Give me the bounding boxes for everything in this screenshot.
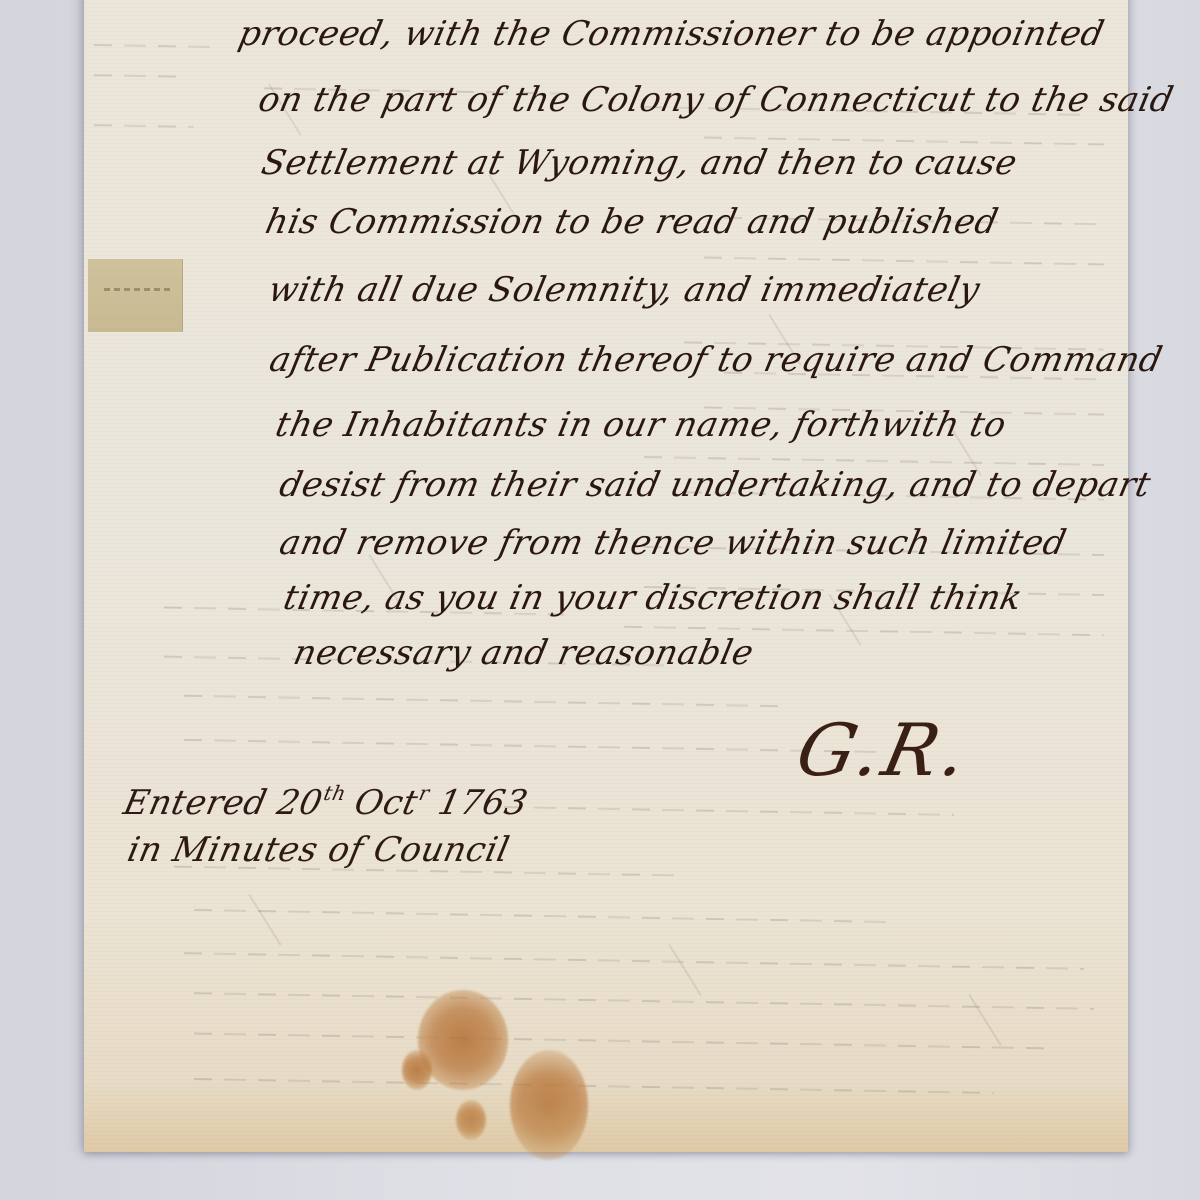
entry-note-line-2: in Minutes of Council	[124, 830, 513, 870]
body-line-8: desist from their said undertaking, and …	[276, 465, 1154, 505]
water-stain	[456, 1100, 486, 1140]
royal-signature: G.R.	[790, 710, 978, 790]
entry-note-year: 1763	[423, 783, 531, 823]
body-line-9: and remove from thence within such limit…	[276, 523, 1070, 563]
water-stain	[510, 1050, 588, 1160]
entry-note-month: Oct	[340, 783, 422, 823]
body-line-11: necessary and reasonable	[290, 633, 757, 673]
body-line-7: the Inhabitants in our name, forthwith t…	[272, 405, 1010, 445]
body-line-2: on the part of the Colony of Connecticut…	[255, 80, 1177, 120]
entry-note-prefix: Entered 20	[120, 783, 326, 823]
body-line-10: time, as you in your discretion shall th…	[280, 578, 1026, 618]
body-line-4: his Commission to be read and published	[262, 202, 1002, 242]
body-line-3: Settlement at Wyoming, and then to cause	[258, 143, 1021, 183]
body-line-1: proceed, with the Commissioner to be app…	[235, 14, 1108, 54]
body-line-5: with all due Solemnity, and immediately	[265, 270, 984, 310]
tape-fragment	[88, 259, 183, 332]
water-stain	[402, 1050, 432, 1090]
entry-note-line-1: Entered 20th Octr 1763	[120, 773, 534, 823]
tape-mark	[104, 288, 174, 291]
body-line-6: after Publication thereof to require and…	[266, 340, 1166, 380]
